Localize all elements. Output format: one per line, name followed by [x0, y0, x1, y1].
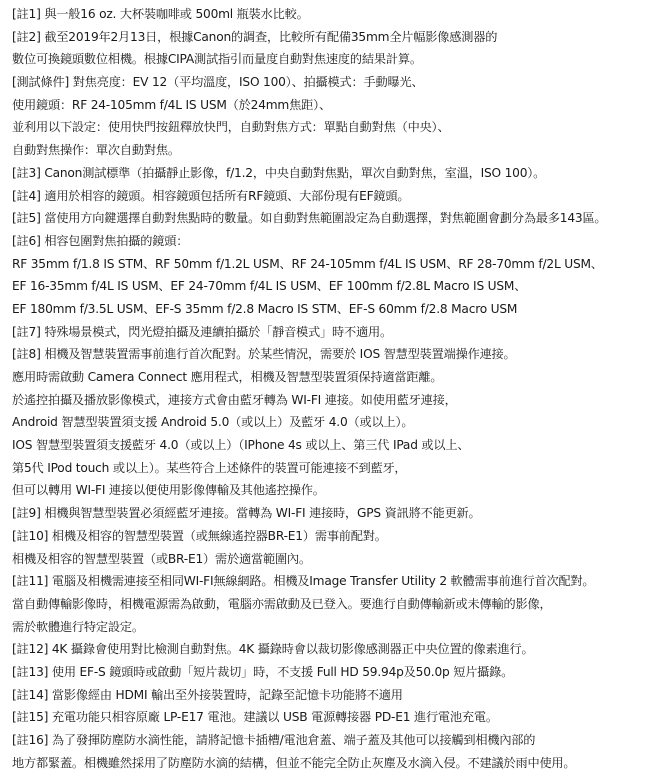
footnote-line: 當自動傳輸影像時，相機電源需為啟動，電腦亦需啟動及已登入。要進行自動傳輸新或未傳…: [12, 593, 650, 616]
footnote-line: [註6] 相容包圍對焦拍攝的鏡頭：: [12, 230, 650, 253]
footnote-line: [註1] 與一般16 oz. 大杯裝咖啡或 500ml 瓶裝水比較。: [12, 3, 650, 26]
footnote-line: IOS 智慧型裝置須支援藍牙 4.0（或以上）（IPhone 4s 或以上、第三…: [12, 434, 650, 457]
footnote-line: [註4] 適用於相容的鏡頭。相容鏡頭包括所有RF鏡頭、大部份現有EF鏡頭。: [12, 185, 650, 208]
footnote-line: 地方都緊蓋。相機雖然採用了防塵防水滴的結構，但並不能完全防止灰塵及水滴入侵。不建…: [12, 752, 650, 775]
footnote-line: [註12] 4K 攝錄會使用對比檢測自動對焦。4K 攝錄時會以裁切影像感測器正中…: [12, 638, 650, 661]
footnote-line: [註13] 使用 EF-S 鏡頭時或啟動「短片裁切」時，不支援 Full HD …: [12, 661, 650, 684]
footnote-line: 並利用以下設定：使用快門按鈕釋放快門，自動對焦方式：單點自動對焦（中央）、: [12, 116, 650, 139]
footnotes-list: [註1] 與一般16 oz. 大杯裝咖啡或 500ml 瓶裝水比較。 [註2] …: [12, 3, 650, 774]
footnote-line: [註16] 為了發揮防塵防水滴性能，請將記憶卡插槽/電池倉蓋、端子蓋及其他可以接…: [12, 729, 650, 752]
footnote-line: [註5] 當使用方向鍵選擇自動對焦點時的數量。如自動對焦範圍設定為自動選擇，對焦…: [12, 207, 650, 230]
footnote-line: [註3] Canon測試標準（拍攝靜止影像，f/1.2，中央自動對焦點，單次自動…: [12, 162, 650, 185]
footnote-line: 第5代 IPod touch 或以上）。某些符合上述條件的裝置可能連接不到藍牙，: [12, 457, 650, 480]
footnote-line: [註8] 相機及智慧裝置需事前進行首次配對。於某些情況，需要於 IOS 智慧型裝…: [12, 343, 650, 366]
footnote-line: 於遙控拍攝及播放影像模式，連接方式會由藍牙轉為 WI-FI 連接。如使用藍牙連接…: [12, 389, 650, 412]
footnote-line: [測試條件] 對焦亮度：EV 12（平均溫度，ISO 100）、拍攝模式：手動曝…: [12, 71, 650, 94]
footnote-line: Android 智慧型裝置須支援 Android 5.0（或以上）及藍牙 4.0…: [12, 411, 650, 434]
footnote-line: [註11] 電腦及相機需連接至相同WI-FI無線網路。相機及Image Tran…: [12, 570, 650, 593]
footnote-line: RF 35mm f/1.8 IS STM、RF 50mm f/1.2L USM、…: [12, 253, 650, 276]
footnote-line: 需於軟體進行特定設定。: [12, 616, 650, 639]
footnote-line: 自動對焦操作：單次自動對焦。: [12, 139, 650, 162]
footnote-line: EF 180mm f/3.5L USM、EF-S 35mm f/2.8 Macr…: [12, 298, 650, 321]
footnote-line: 使用鏡頭：RF 24-105mm f/4L IS USM（於24mm焦距）、: [12, 94, 650, 117]
footnote-line: [註14] 當影像經由 HDMI 輸出至外接裝置時，記錄至記憶卡功能將不適用: [12, 684, 650, 707]
footnote-line: [註10] 相機及相容的智慧型裝置（或無線遙控器BR-E1）需事前配對。: [12, 525, 650, 548]
footnote-line: 數位可換鏡頭數位相機。根據CIPA測試指引而量度自動對焦速度的結果計算。: [12, 48, 650, 71]
footnote-line: 但可以轉用 WI-FI 連接以便使用影像傳輸及其他遙控操作。: [12, 479, 650, 502]
footnote-line: [註15] 充電功能只相容原廠 LP-E17 電池。建議以 USB 電源轉接器 …: [12, 706, 650, 729]
footnote-line: [註9] 相機與智慧型裝置必須經藍牙連接。當轉為 WI-FI 連接時，GPS 資…: [12, 502, 650, 525]
footnote-line: [註2] 截至2019年2月13日，根據Canon的調查，比較所有配備35mm全…: [12, 26, 650, 49]
footnote-line: EF 16-35mm f/4L IS USM、EF 24-70mm f/4L I…: [12, 275, 650, 298]
footnote-line: 相機及相容的智慧型裝置（或BR-E1）需於適當範圍內。: [12, 548, 650, 571]
footnote-line: [註7] 特殊場景模式，閃光燈拍攝及連續拍攝於「靜音模式」時不適用。: [12, 321, 650, 344]
footnote-line: 應用時需啟動 Camera Connect 應用程式，相機及智慧型裝置須保持適當…: [12, 366, 650, 389]
